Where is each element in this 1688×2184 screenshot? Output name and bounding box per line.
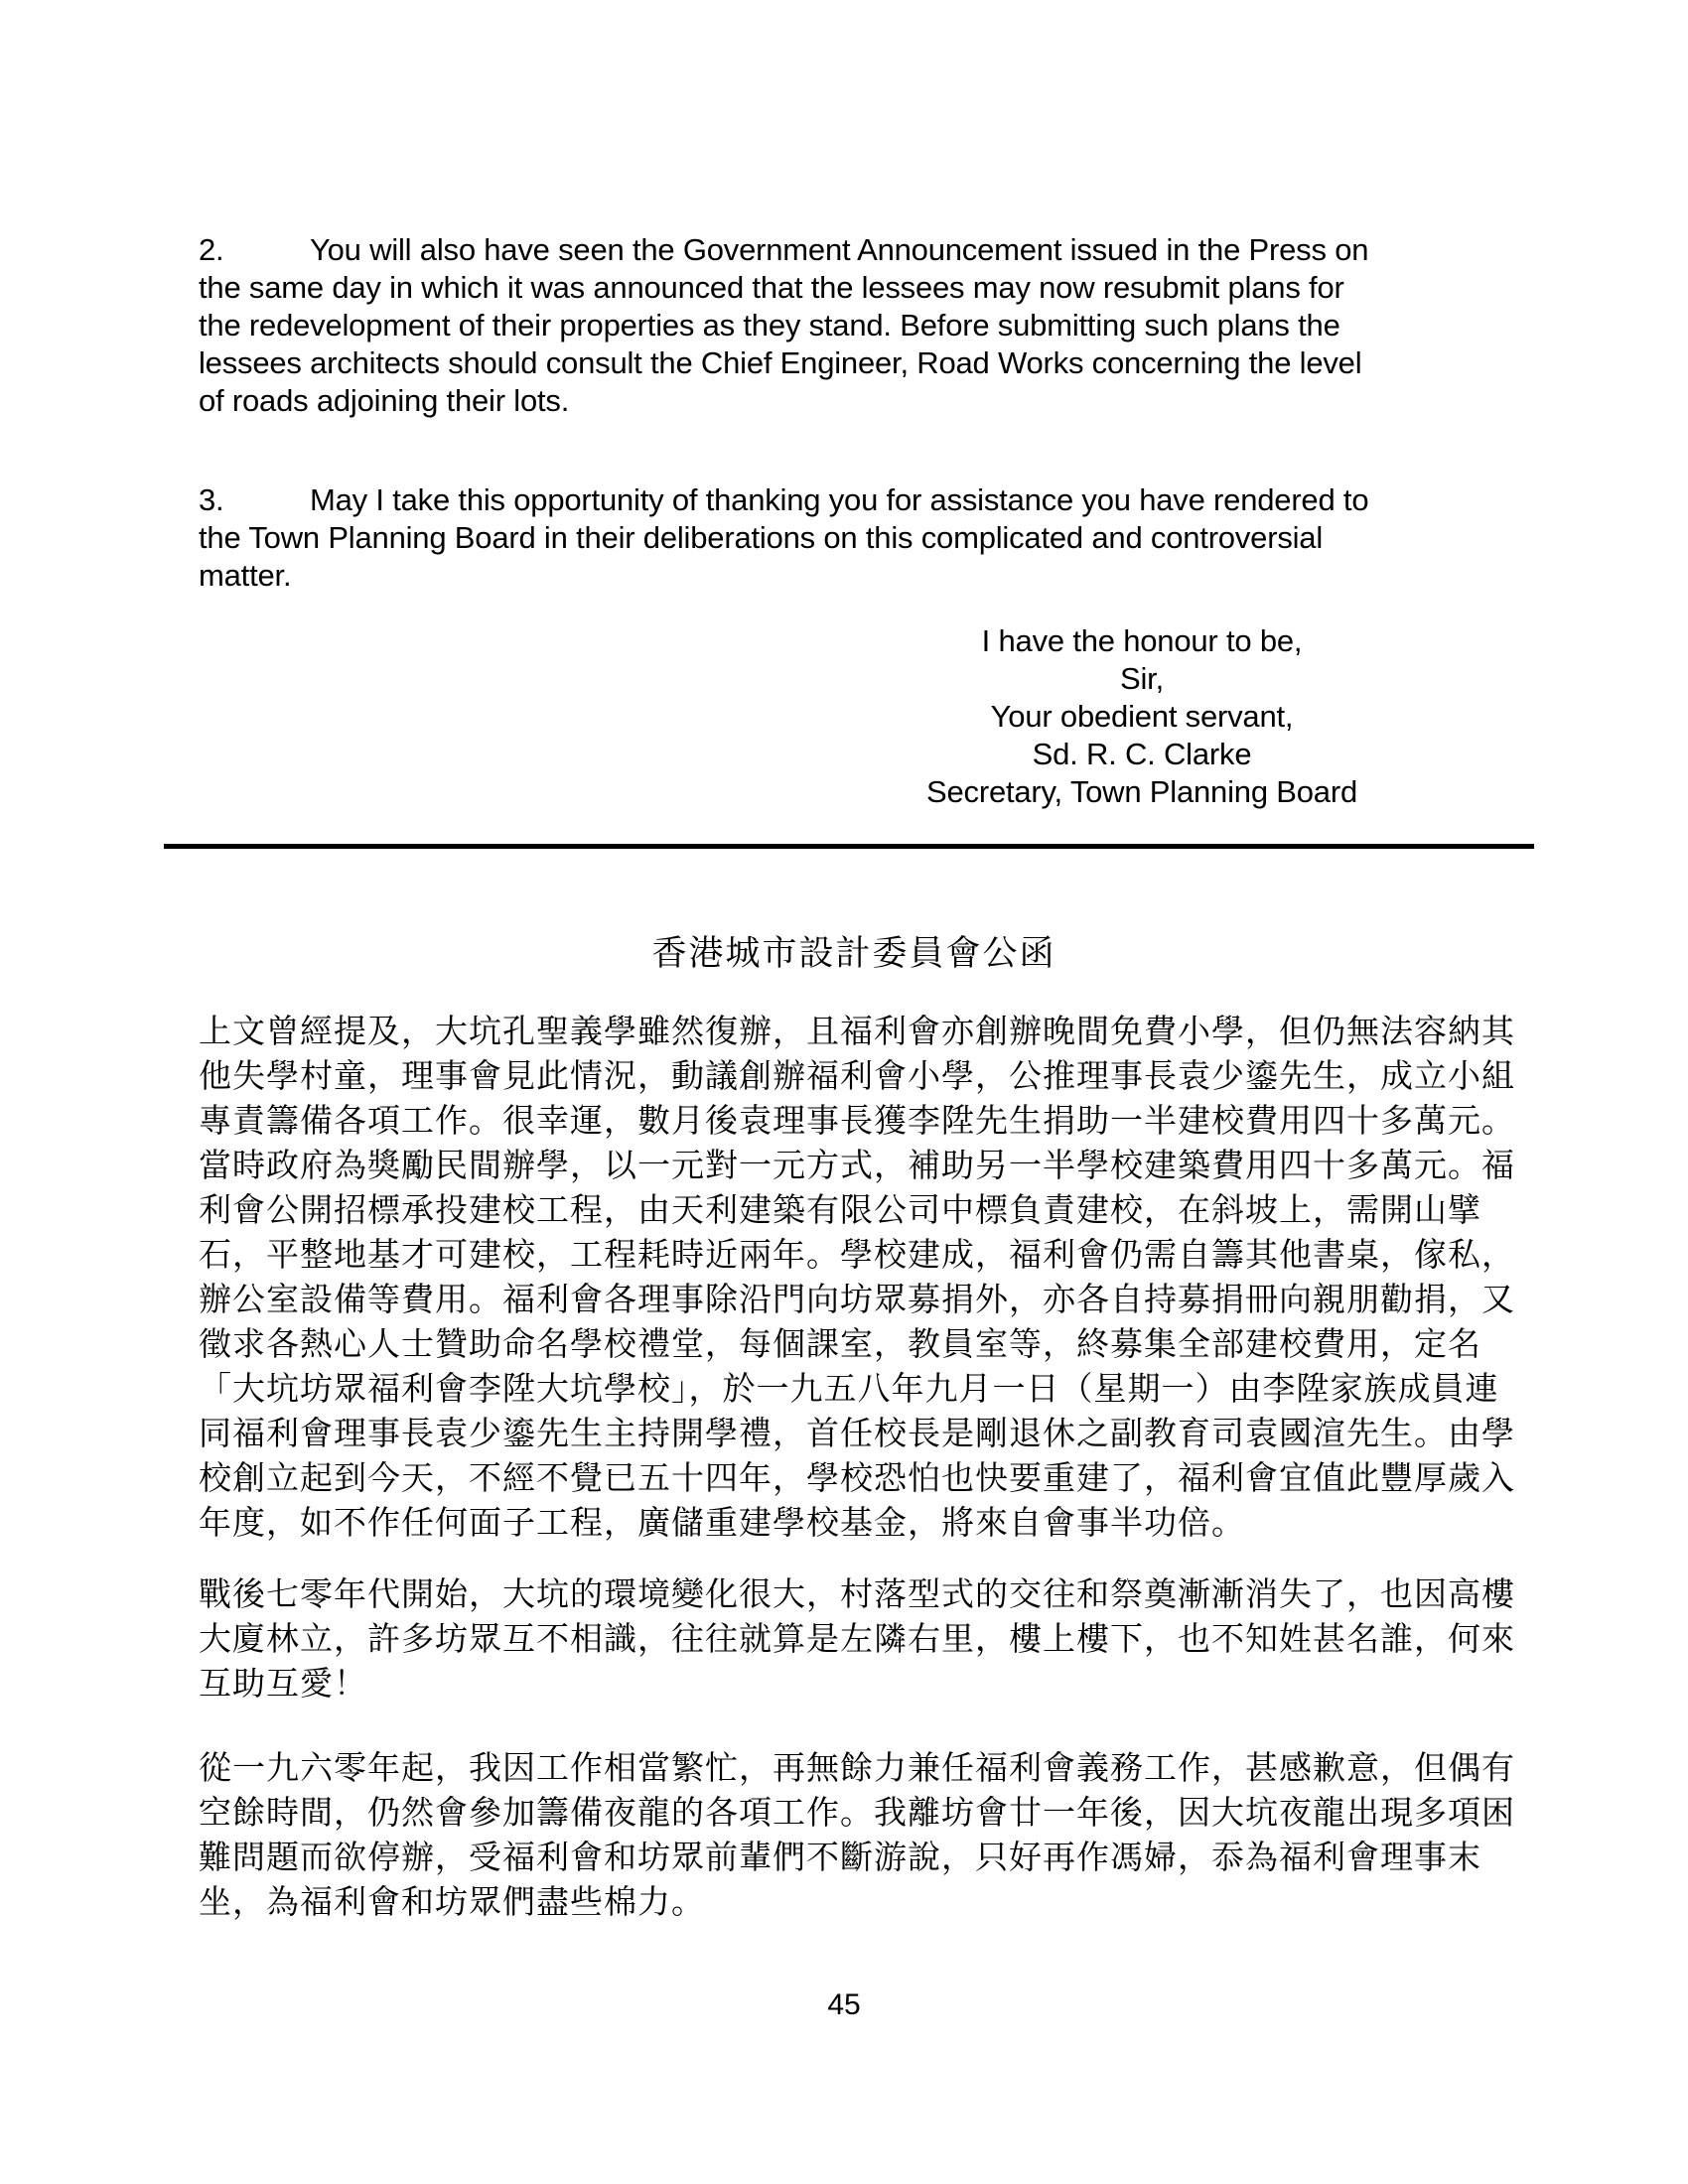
chinese-paragraph-3: 從一九六零年起，我因工作相當繁忙，再無餘力兼任福利會義務工作，甚感歉意，但偶有 … [199,1747,1534,1926]
text-line: the Town Planning Board in their deliber… [199,519,1529,557]
text-line: the redevelopment of their properties as… [199,307,1529,344]
text-line: 空餘時間，仍然會參加籌備夜龍的各項工作。我離坊會廿一年後，因大坑夜龍出現多項困 [199,1792,1534,1837]
text-line: 專責籌備各項工作。很幸運，數月後袁理事長獲李陞先生捐助一半建校費用四十多萬元。 [199,1100,1534,1145]
text-line: of roads adjoining their lots. [199,382,1529,420]
text-line: 大廈林立，許多坊眾互不相識，往往就算是左隣右里，樓上樓下，也不知姓甚名誰，何來 [199,1618,1534,1663]
letter-paragraph-2: 2.You will also have seen the Government… [199,231,1529,420]
text-line: 3.May I take this opportunity of thankin… [199,481,1529,519]
text-line: matter. [199,557,1529,595]
paragraph-number: 2. [199,231,310,269]
text-line: the same day in which it was announced t… [199,269,1529,307]
signature-line: Sd. R. C. Clarke [774,736,1509,773]
signature-title-line: Secretary, Town Planning Board [774,773,1509,811]
text-line: lessees architects should consult the Ch… [199,344,1529,382]
divider-rule [164,844,1534,849]
text-line: 辦公室設備等費用。福利會各理事除沿門向坊眾募捐外，亦各自持募捐冊向親朋勸捐，又 [199,1279,1534,1323]
closing-line: Sir, [774,660,1509,698]
page-number: 45 [0,1988,1688,2022]
text-line: 校創立起到今天，不經不覺已五十四年，學校恐怕也快要重建了，福利會宜值此豐厚歲入 [199,1457,1534,1502]
chinese-paragraph-1: 上文曾經提及，大坑孔聖義學雖然復辦，且福利會亦創辦晚間免費小學，但仍無法容納其 … [199,1011,1534,1547]
text-line: 他失學村童，理事會見此情況，動議創辦福利會小學，公推理事長袁少鎏先生，成立小組 [199,1055,1534,1100]
text-line: 徵求各熱心人士贊助命名學校禮堂，每個課室，教員室等，終募集全部建校費用，定名 [199,1323,1534,1368]
text-line: 同福利會理事長袁少鎏先生主持開學禮，首任校長是剛退休之副教育司袁國渲先生。由學 [199,1413,1534,1457]
text-line-content: You will also have seen the Government A… [310,232,1368,267]
chinese-section-heading: 香港城市設計委員會公函 [199,926,1509,976]
closing-line: Your obedient servant, [774,698,1509,736]
chinese-paragraph-2: 戰後七零年代開始，大坑的環境變化很大，村落型式的交往和祭奠漸漸消失了，也因高樓 … [199,1573,1534,1707]
text-line: 「大坑坊眾福利會李陞大坑學校」，於一九五八年九月一日（星期一）由李陞家族成員連 [199,1368,1534,1413]
text-line: 2.You will also have seen the Government… [199,231,1529,269]
text-line: 利會公開招標承投建校工程，由天利建築有限公司中標負責建校，在斜坡上，需開山擘 [199,1189,1534,1234]
text-line: 年度，如不作任何面子工程，廣儲重建學校基金，將來自會事半功倍。 [199,1502,1534,1547]
text-line: 當時政府為獎勵民間辦學，以一元對一元方式，補助另一半學校建築費用四十多萬元。福 [199,1145,1534,1189]
text-line: 從一九六零年起，我因工作相當繁忙，再無餘力兼任福利會義務工作，甚感歉意，但偶有 [199,1747,1534,1792]
closing-line: I have the honour to be, [774,622,1509,660]
paragraph-number: 3. [199,481,310,519]
text-line: 互助互愛！ [199,1663,1534,1707]
text-line: 戰後七零年代開始，大坑的環境變化很大，村落型式的交往和祭奠漸漸消失了，也因高樓 [199,1573,1534,1618]
text-line: 坐，為福利會和坊眾們盡些棉力。 [199,1881,1534,1926]
text-line: 石，平整地基才可建校，工程耗時近兩年。學校建成，福利會仍需自籌其他書桌，傢私， [199,1234,1534,1279]
text-line: 難問題而欲停辦，受福利會和坊眾前輩們不斷游說，只好再作馮婦，忝為福利會理事末 [199,1837,1534,1881]
text-line-content: May I take this opportunity of thanking … [310,482,1368,517]
text-line: 上文曾經提及，大坑孔聖義學雖然復辦，且福利會亦創辦晚間免費小學，但仍無法容納其 [199,1011,1534,1055]
document-page: 2.You will also have seen the Government… [0,0,1688,2184]
letter-closing: I have the honour to be, Sir, Your obedi… [774,622,1509,811]
letter-paragraph-3: 3.May I take this opportunity of thankin… [199,481,1529,595]
